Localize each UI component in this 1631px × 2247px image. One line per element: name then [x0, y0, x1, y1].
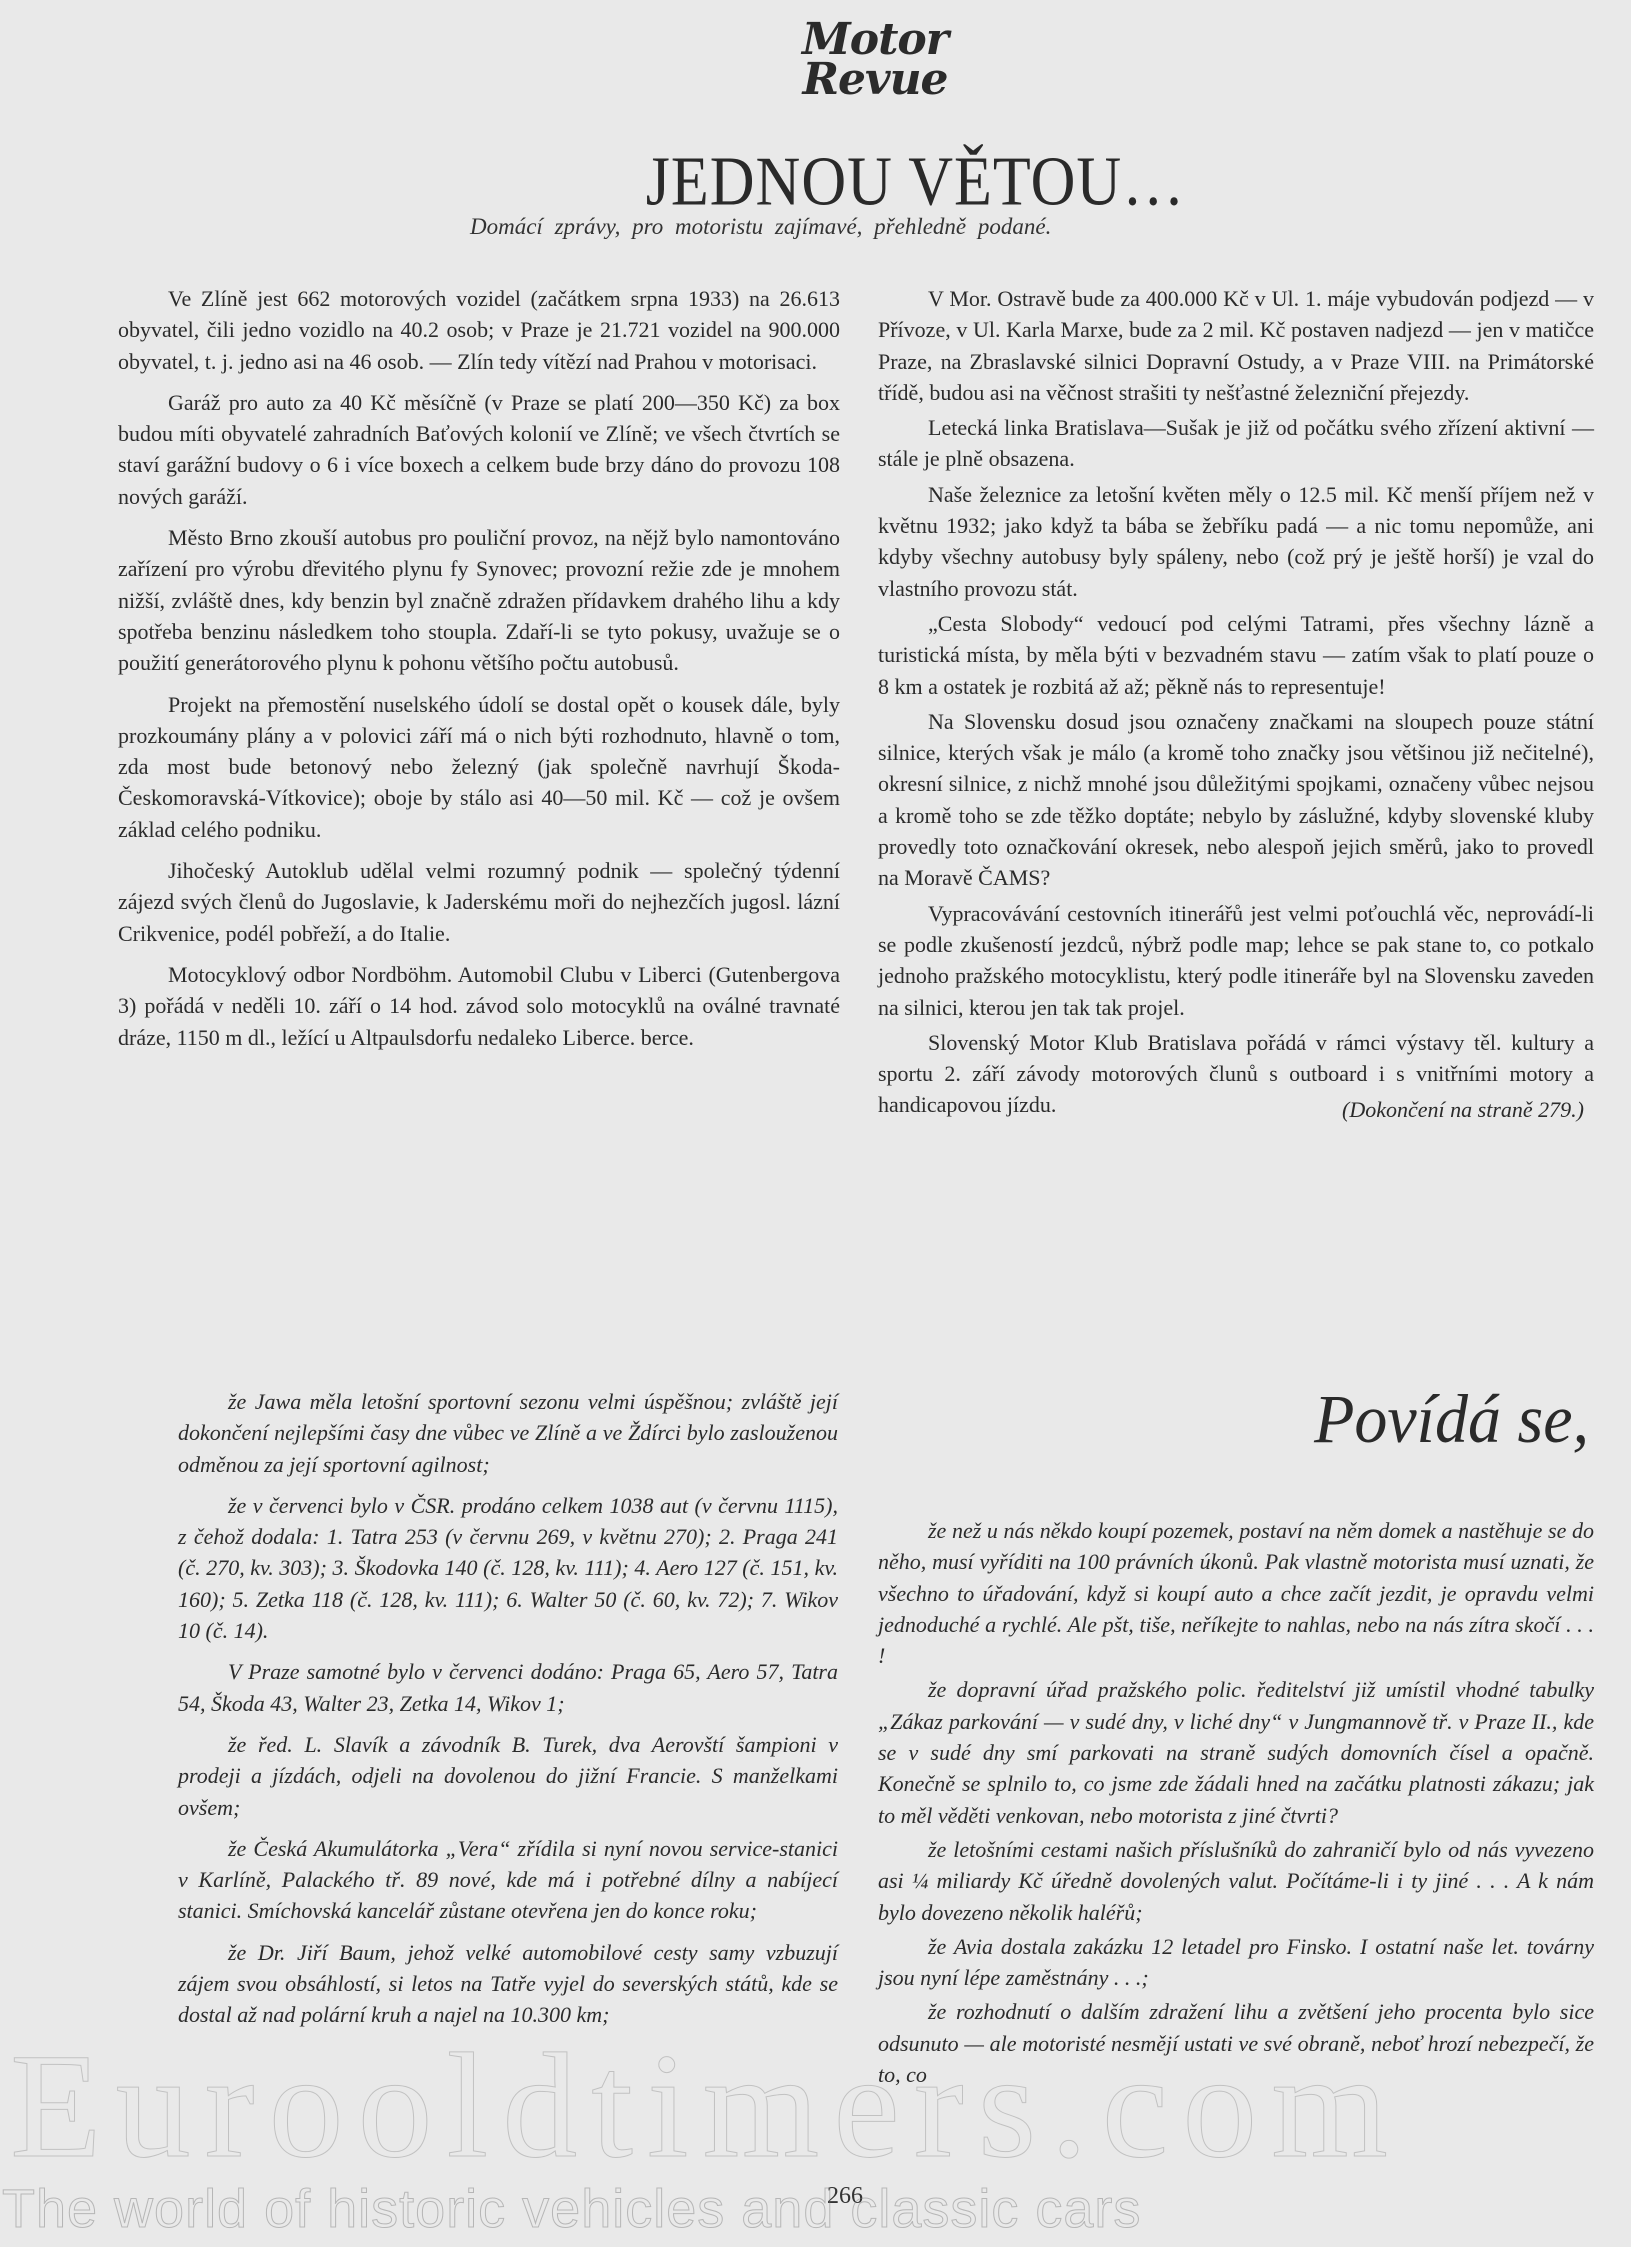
magazine-page: Motor Revue JEDNOU VĚTOU… Domácí zprávy,…	[0, 0, 1631, 2247]
motor-revue-logo: Motor Revue	[795, 20, 955, 101]
news-paragraph: Na Slovensku dosud jsou označeny značkam…	[878, 706, 1594, 894]
page-subtitle: Domácí zprávy, pro motoristu zajímavé, p…	[470, 214, 1051, 240]
gossip-paragraph: že řed. L. Slavík a závodník B. Turek, d…	[178, 1729, 838, 1823]
gossip-paragraph: že dopravní úřad pražského polic. ředite…	[878, 1674, 1594, 1830]
news-paragraph: Město Brno zkouší autobus pro pouliční p…	[118, 522, 840, 678]
news-paragraph: Jihočeský Autoklub udělal velmi rozumný …	[118, 855, 840, 949]
news-paragraph: Letecká linka Bratislava—Sušak je již od…	[878, 412, 1594, 475]
gossip-paragraph: že Dr. Jiří Baum, jehož velké automobilo…	[178, 1937, 838, 2031]
gossip-column-right: že než u nás někdo koupí pozemek, postav…	[878, 1515, 1594, 2093]
news-paragraph: Vypracovávání cestovních itinerářů jest …	[878, 898, 1594, 1023]
gossip-paragraph: že Česká Akumulátorka „Vera“ zřídila si …	[178, 1833, 838, 1927]
news-column-left: Ve Zlíně jest 662 motorových vozidel (za…	[118, 283, 840, 1063]
gossip-paragraph: že v červenci bylo v ČSR. prodáno celkem…	[178, 1490, 838, 1646]
page-number: 266	[827, 2183, 863, 2210]
news-paragraph: Ve Zlíně jest 662 motorových vozidel (za…	[118, 283, 840, 377]
gossip-paragraph: že Avia dostala zakázku 12 letadel pro F…	[878, 1931, 1594, 1994]
news-paragraph: Projekt na přemostění nuselského údolí s…	[118, 689, 840, 845]
news-paragraph: „Cesta Slobody“ vedoucí pod celými Tatra…	[878, 608, 1594, 702]
gossip-paragraph: že letošními cestami našich příslušníků …	[878, 1834, 1594, 1928]
gossip-paragraph: že Jawa měla letošní sportovní sezonu ve…	[178, 1386, 838, 1480]
news-paragraph: Motocyklový odbor Nordböhm. Automobil Cl…	[118, 959, 840, 1053]
news-paragraph: V Mor. Ostravě bude za 400.000 Kč v Ul. …	[878, 283, 1594, 408]
watermark-tagline: The world of historic vehicles and class…	[2, 2178, 1141, 2240]
news-paragraph: Naše železnice za letošní květen měly o …	[878, 479, 1594, 604]
gossip-paragraph: že než u nás někdo koupí pozemek, postav…	[878, 1515, 1594, 1671]
page-title: JEDNOU VĚTOU…	[0, 143, 1631, 223]
gossip-column-left: že Jawa měla letošní sportovní sezonu ve…	[178, 1386, 838, 2041]
gossip-paragraph: V Praze samotné bylo v červenci dodáno: …	[178, 1656, 838, 1719]
logo-line-revue: Revue	[795, 60, 955, 100]
news-paragraph: Garáž pro auto za 40 Kč měsíčně (v Praze…	[118, 387, 840, 512]
news-column-right: V Mor. Ostravě bude za 400.000 Kč v Ul. …	[878, 283, 1594, 1125]
gossip-paragraph: že rozhodnutí o dalším zdražení lihu a z…	[878, 1996, 1594, 2090]
section-heading-povida-se: Povídá se,	[1314, 1380, 1589, 1460]
